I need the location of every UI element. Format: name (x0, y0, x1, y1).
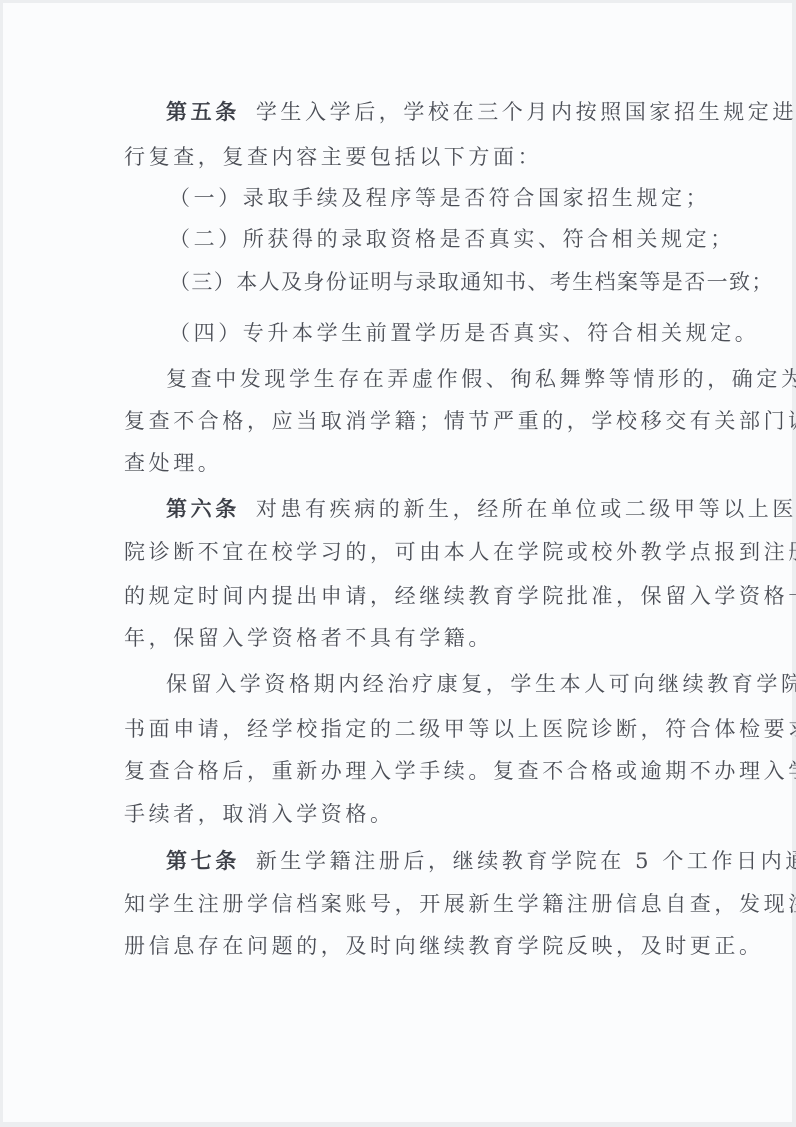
article-5-item-2: （二）所获得的录取资格是否真实、符合相关规定； (169, 224, 735, 254)
article-7-heading: 第七条 (166, 848, 240, 873)
article-7-line-1: 第七条新生学籍注册后，继续教育学院在 5 个工作日内通 (166, 846, 796, 876)
article-6-para-2-line-1: 保留入学资格期内经治疗康复，学生本人可向继续教育学院 (166, 669, 796, 699)
article-7-line-3: 册信息存在问题的，及时向继续教育学院反映，及时更正。 (124, 931, 764, 961)
article-5-para-2-line-3: 查处理。 (124, 448, 222, 478)
article-5-text: 学生入学后，学校在三个月内按照国家招生规定进 (256, 100, 796, 124)
article-5-line-1: 第五条学生入学后，学校在三个月内按照国家招生规定进 (166, 97, 796, 127)
article-6-para-2-line-2: 书面申请，经学校指定的二级甲等以上医院诊断，符合体检要求， (124, 714, 796, 744)
article-7-text: 新生学籍注册后，继续教育学院在 5 个工作日内通 (256, 849, 796, 873)
article-6-line-4: 年，保留入学资格者不具有学籍。 (124, 623, 493, 653)
article-6-heading: 第六条 (166, 496, 240, 521)
article-5-para-2-line-1: 复查中发现学生存在弄虚作假、徇私舞弊等情形的，确定为 (166, 364, 796, 394)
article-5-item-1: （一）录取手续及程序等是否符合国家招生规定； (169, 183, 710, 213)
article-6-para-2-line-4: 手续者，取消入学资格。 (124, 799, 395, 829)
article-5-item-4: （四）专升本学生前置学历是否真实、符合相关规定。 (169, 318, 759, 348)
article-6-line-2: 院诊断不宜在校学习的，可由本人在学院或校外教学点报到注册 (124, 537, 796, 567)
article-5-item-3: （三）本人及身份证明与录取通知书、考生档案等是否一致； (169, 267, 774, 297)
article-6-para-2-line-3: 复查合格后，重新办理入学手续。复查不合格或逾期不办理入学 (124, 756, 796, 786)
article-5-para-2-line-2: 复查不合格，应当取消学籍；情节严重的，学校移交有关部门调 (124, 406, 796, 436)
article-6-line-1: 第六条对患有疾病的新生，经所在单位或二级甲等以上医 (166, 494, 796, 524)
article-5-heading: 第五条 (166, 99, 240, 124)
article-6-line-3: 的规定时间内提出申请，经继续教育学院批准，保留入学资格一 (124, 581, 796, 611)
document-page: 第五条学生入学后，学校在三个月内按照国家招生规定进 行复查，复查内容主要包括以下… (3, 3, 792, 1122)
article-6-text: 对患有疾病的新生，经所在单位或二级甲等以上医 (256, 497, 796, 521)
article-5-line-2: 行复查，复查内容主要包括以下方面： (124, 142, 542, 172)
article-7-line-2: 知学生注册学信档案账号，开展新生学籍注册信息自查，发现注 (124, 889, 796, 919)
